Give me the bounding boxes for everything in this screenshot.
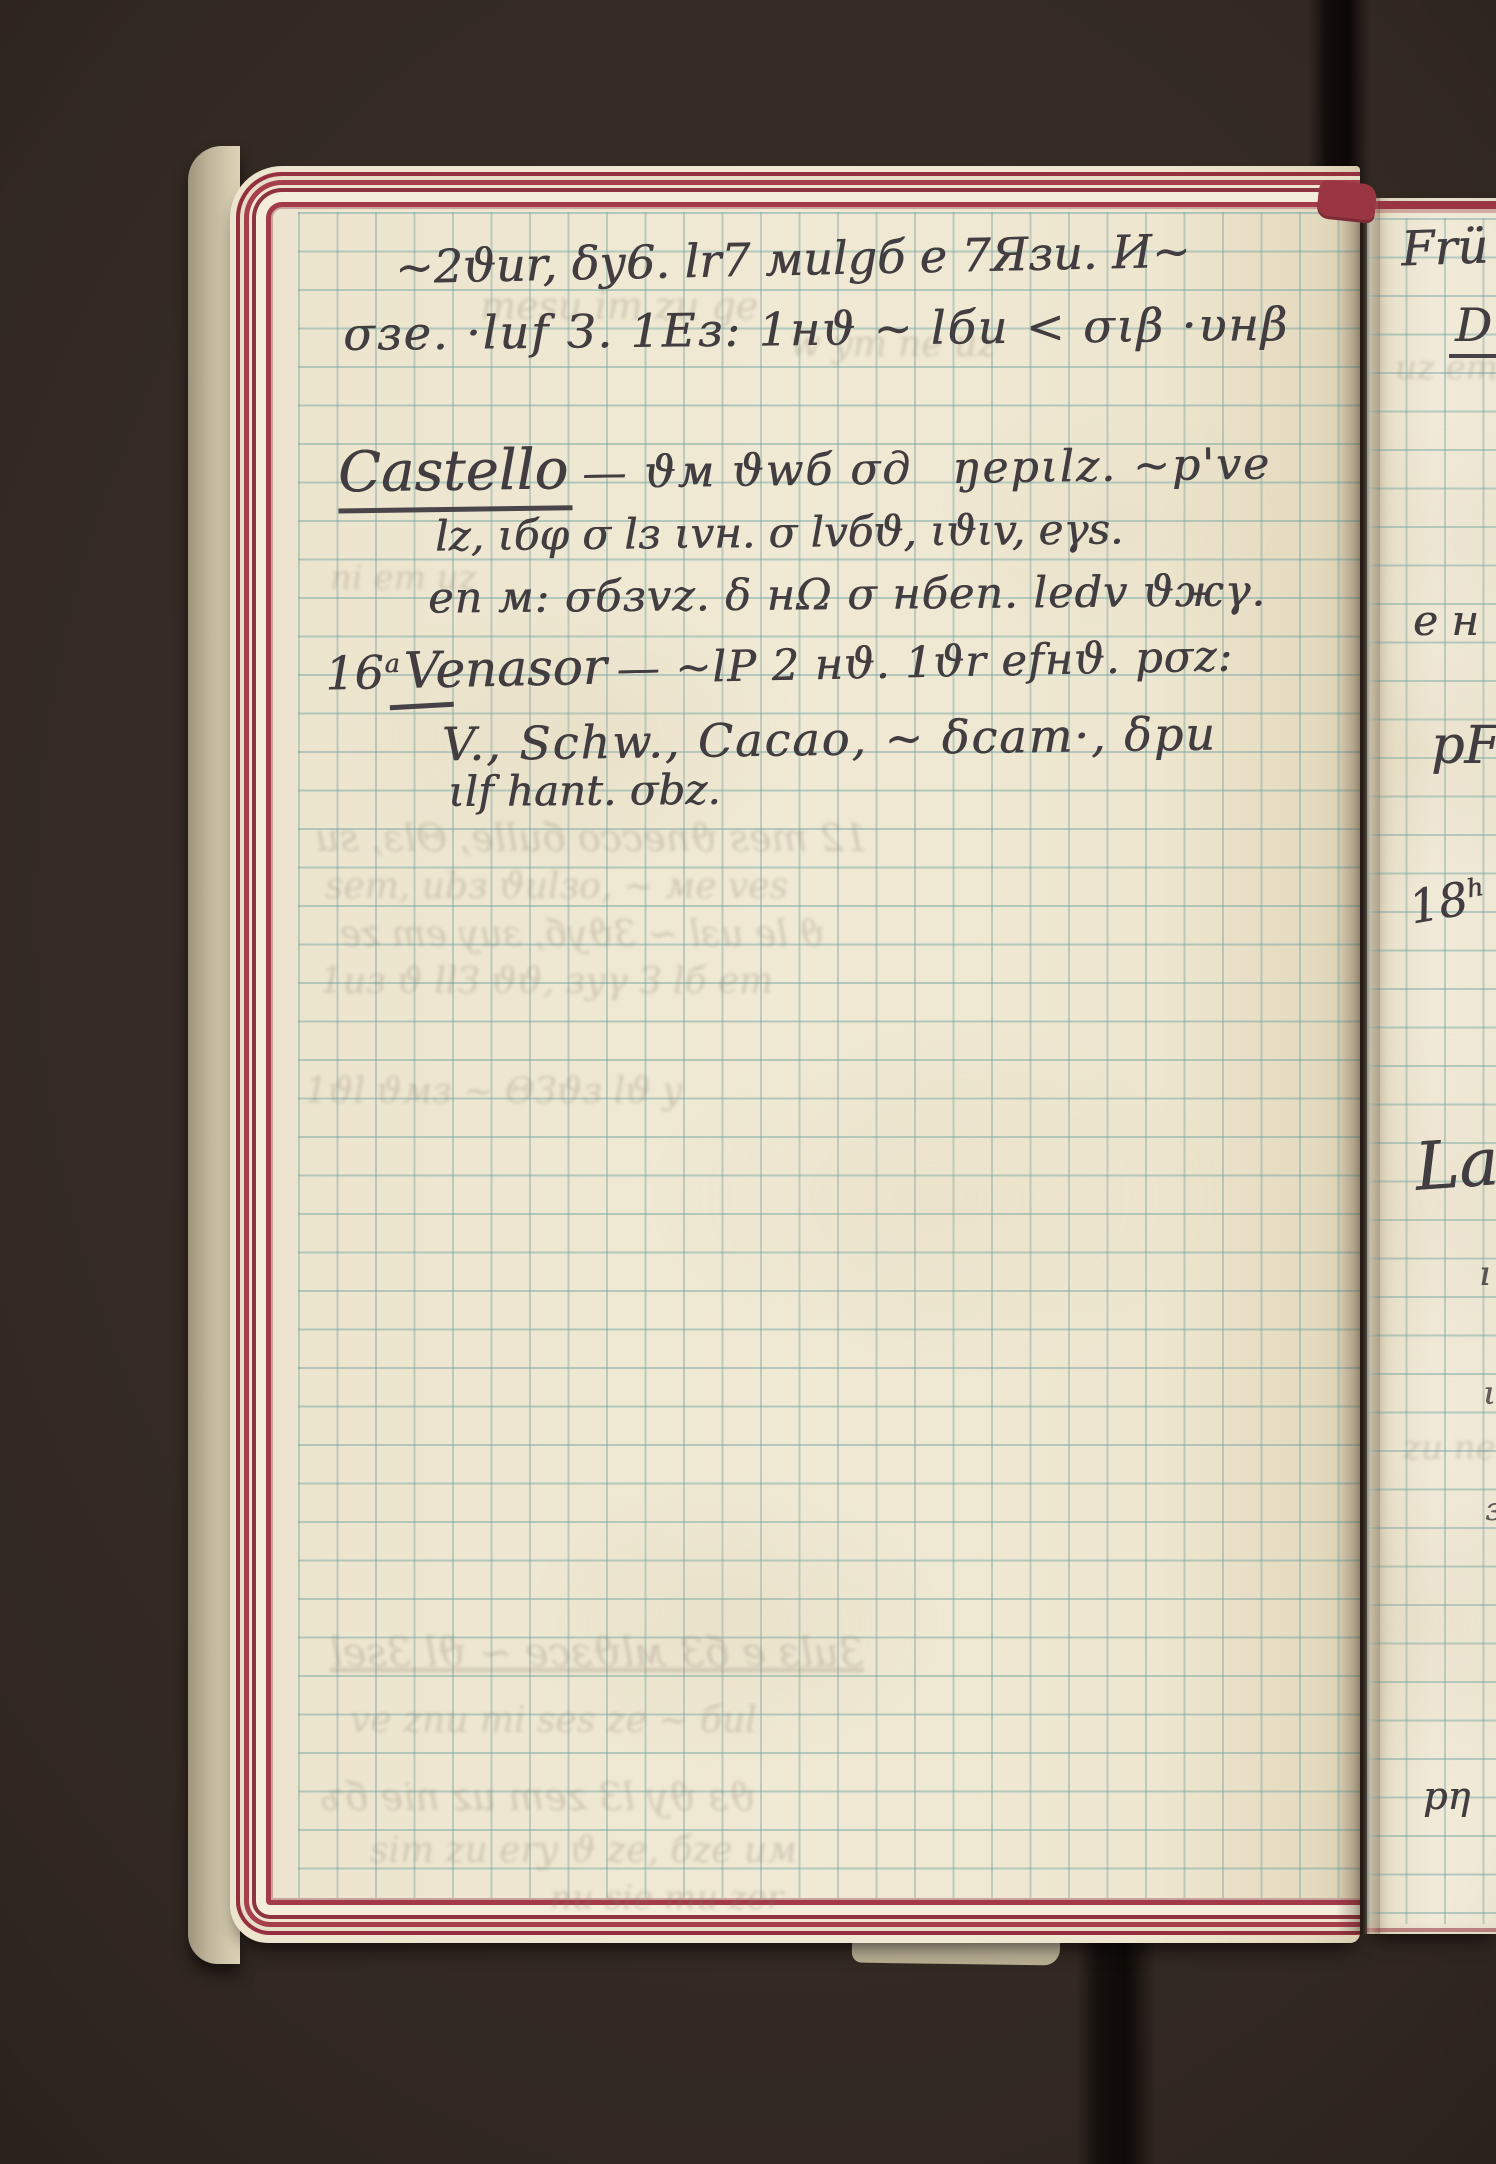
heading-castello: Castello <box>338 437 573 513</box>
entry-venasor: 16aVenasor— ~lP 2 нϑ. 1ϑr efнϑ. pσz: <box>324 624 1233 701</box>
right-page: uz em zu ne ve Frü D e н pF 18h La ı ι з… <box>1367 198 1496 1934</box>
bleedthrough-text: ϑз ϑу lЗ zem uz nie бъ <box>320 1775 756 1819</box>
gutter-crease <box>1336 198 1380 1934</box>
fragment-18h: 18h <box>1405 867 1493 934</box>
bleedthrough-text: ϑ le uзl ~ Зϑуб, зuу em ze <box>340 914 825 955</box>
steno-line-8: ιlf hant. σbz. <box>448 765 721 816</box>
steno-line-2: σзе. ·luf З. 1Ез: 1нϑ ~ lбu < σιβ ·υнβ <box>343 297 1290 361</box>
steno-line-1: ~2ϑur, δу6. lr7 мulgб e 7Язu. И~ <box>395 224 1191 295</box>
fragment-frueh: Frü <box>1400 218 1489 277</box>
notebook-photo-scene: mesu im zu ge w ym ne uz ni em uz 12 mes… <box>0 0 1496 2164</box>
edge-mark: з <box>1485 1490 1496 1528</box>
fragment-la: La <box>1412 1123 1496 1206</box>
paper-texture <box>1367 198 1496 1934</box>
steno-line-4: lz, ιбφ σ lз ιvн. σ lvбϑ, ιϑιv, eγs. <box>435 504 1124 560</box>
venasor-hour-sup: a <box>384 649 400 678</box>
bleedthrough-text: zu ne ve <box>1403 1428 1496 1468</box>
venasor-short-underline <box>390 702 454 711</box>
bleedthrough-text: sem, ubз ϑulзо, ~ ме ves <box>325 866 788 907</box>
bleedthrough-text: ve znu mi ses ze ~ бul <box>350 1700 757 1741</box>
steno-line-5: en м: σбзvz. δ нΩ σ нбen. ledv ϑжγ. <box>428 566 1266 623</box>
hour-number: 18 <box>1405 871 1472 934</box>
fragment-e: e н <box>1413 596 1479 645</box>
book-spine-gap-bottom <box>1076 1922 1156 2164</box>
right-page-red-edge-top <box>1367 201 1496 209</box>
venasor-hour-number: 16 <box>325 645 385 700</box>
steno-after-castello: — ϑм ϑwб σд ŋepιlz. ~p've <box>582 438 1271 499</box>
entry-castello: Castello— ϑм ϑwб σд ŋepιlz. ~p've <box>338 427 1272 513</box>
bleedthrough-text: 1ϑl ϑмз ~ ΘЗϑз lϑ у <box>305 1071 683 1112</box>
fragment-pf: pF <box>1431 716 1496 776</box>
bleedthrough-text: 1uз ϑ llЗ ϑϑ, зуγ З lб em <box>320 961 773 1002</box>
heading-venasor: Venasor <box>403 638 607 700</box>
bleedthrough-text: 12 mes ϑnecco бulle, Θlз, su <box>315 816 868 860</box>
bleedthrough-text: Зиlз е бЗ мlϑзсе ~ ϑl Зsel <box>330 1630 864 1676</box>
right-page-red-edge-bottom <box>1367 1928 1496 1932</box>
steno-after-venasor: — ~lP 2 нϑ. 1ϑr efнϑ. pσz: <box>616 631 1233 694</box>
edge-mark: ı <box>1479 1254 1490 1294</box>
edge-mark: ι <box>1483 1374 1496 1412</box>
fragment-bottom: pη <box>1423 1774 1470 1818</box>
gutter-top-red-edge <box>1316 179 1377 221</box>
fragment-underlined-letter: D <box>1449 298 1496 358</box>
grid-layer <box>1367 218 1496 1924</box>
steno-line-7: V., Schw., Cacao, ~ δcam·, δpи <box>442 707 1217 772</box>
bleedthrough-text: nu sie mu zer <box>550 1878 783 1918</box>
left-page: mesu im zu ge w ym ne uz ni em uz 12 mes… <box>230 166 1360 1943</box>
bleedthrough-text: sim zu erу ϑ ze, бze uм <box>370 1830 797 1871</box>
